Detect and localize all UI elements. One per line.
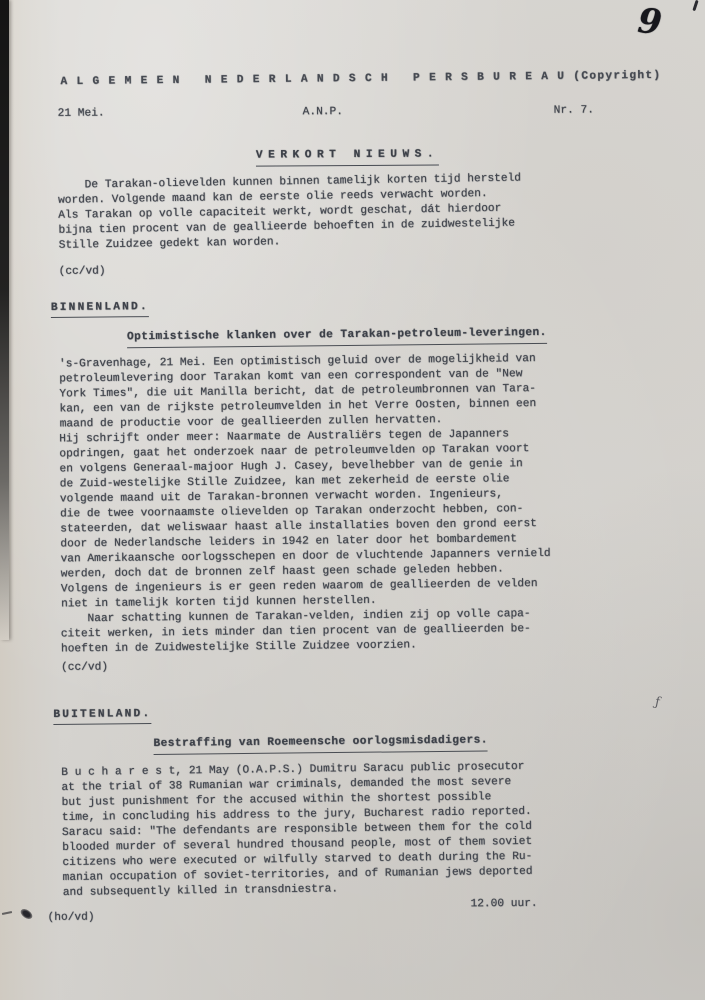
binnenland-headline-row: Optimistische klanken over de Tarakan-pe… <box>127 326 684 347</box>
binnenland-paragraph-1: 's-Gravenhage, 21 Mei. Een optimistisch … <box>59 350 685 432</box>
binnenland-headline: Optimistische klanken over de Tarakan-pe… <box>127 326 547 348</box>
scanned-press-bulletin: A L G E M E E N N E D E R L A N D S C H … <box>0 0 705 1000</box>
section-buitenland-label: BUITENLAND. <box>53 707 151 725</box>
short-news-paragraph: De Tarakan-olievelden kunnen binnen tame… <box>58 169 684 254</box>
editor-initials: (ho/vd) <box>48 911 95 926</box>
section-binnenland: BINNENLAND. <box>51 297 684 318</box>
section-binnenland-label: BINNENLAND. <box>51 300 149 318</box>
buitenland-headline-row: Bestraffing van Roemeensche oorlogsmisda… <box>153 733 686 754</box>
handwritten-digit-ink-mark: 9 <box>636 1 664 43</box>
editor-initials: (cc/vd) <box>61 657 686 676</box>
document-sheet: A L G E M E E N N E D E R L A N D S C H … <box>0 0 705 1000</box>
editor-initials: (cc/vd) <box>59 261 684 280</box>
bulletin-time: 12.00 uur. <box>470 897 537 912</box>
binnenland-paragraph-3: Naar schatting kunnen de Tarakan-velden,… <box>61 605 686 657</box>
issue-number: Nr. 7. <box>554 104 594 119</box>
short-news-heading: VERKORT NIEUWS. <box>256 147 439 166</box>
binnenland-paragraph-2: Hij schrijft onder meer: Naarmate de Aus… <box>59 425 686 612</box>
section-buitenland: BUITENLAND. <box>53 704 686 725</box>
agency-title: A L G E M E E N N E D E R L A N D S C H … <box>60 69 682 91</box>
masthead-row: 21 Mei. A.N.P. Nr. 7. <box>58 103 683 122</box>
buitenland-headline: Bestraffing van Roemeensche oorlogsmisda… <box>153 733 488 755</box>
agency-abbrev: A.N.P. <box>303 105 343 120</box>
issue-date: 21 Mei. <box>58 107 105 122</box>
short-news-heading-row: VERKORT NIEUWS. <box>58 146 683 168</box>
footer-row: (ho/vd) 12.00 uur. <box>62 905 687 929</box>
buitenland-paragraph: B u c h a r e s t, 21 May (O.A.P.S.) Dum… <box>61 758 688 901</box>
